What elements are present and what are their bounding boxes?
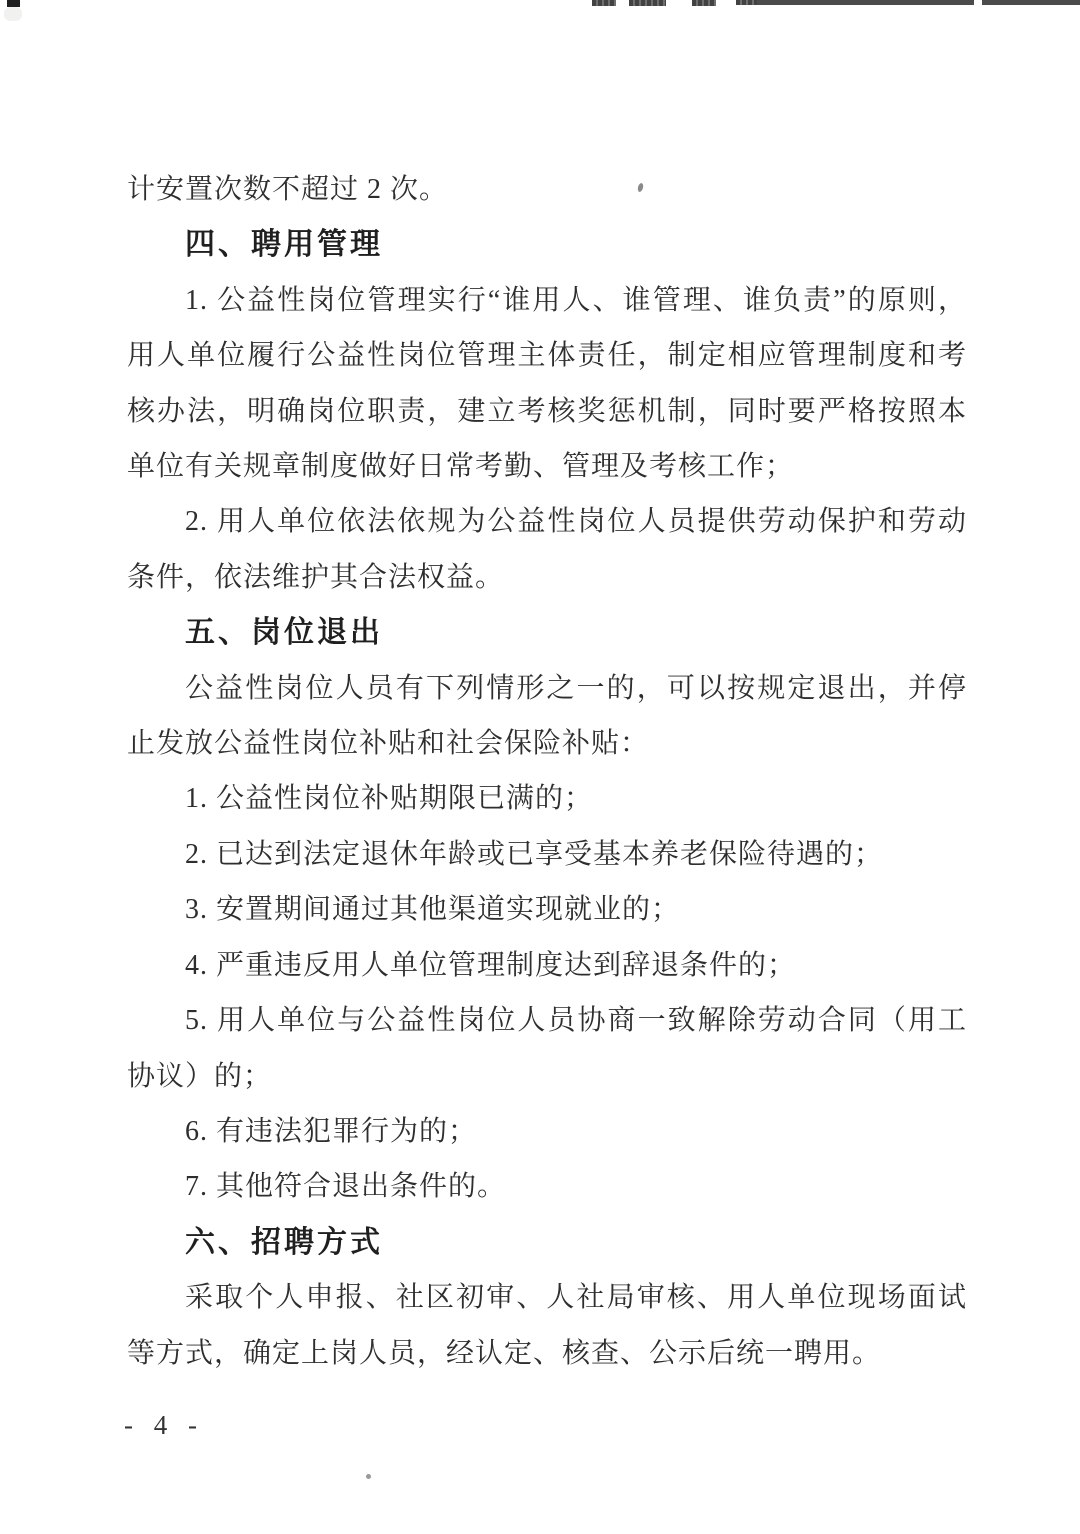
scan-artifact-text-fragment (692, 0, 716, 6)
body-line: 止发放公益性岗位补贴和社会保险补贴： (127, 716, 967, 771)
exit-condition-item: 7. 其他符合退出条件的。 (127, 1159, 967, 1214)
body-line: 单位有关规章制度做好日常考勤、管理及考核工作； (127, 439, 967, 494)
scan-artifact-corner-smudge (4, 7, 22, 21)
exit-condition-item: 4. 严重违反用人单位管理制度达到辞退条件的； (127, 938, 967, 993)
body-line: 等方式，确定上岗人员，经认定、核查、公示后统一聘用。 (127, 1326, 967, 1381)
body-line: 核办法，明确岗位职责，建立考核奖惩机制，同时要严格按照本 (127, 384, 967, 439)
body-line: 2. 用人单位依法依规为公益性岗位人员提供劳动保护和劳动 (127, 494, 967, 549)
body-line: 条件，依法维护其合法权益。 (127, 550, 967, 605)
document-body: 计安置次数不超过 2 次。 四、聘用管理 1. 公益性岗位管理实行“谁用人、谁管… (127, 162, 967, 1381)
section-5-heading: 五、岗位退出 (127, 605, 967, 660)
scan-artifact-corner-mark (7, 0, 20, 7)
section-6-heading: 六、招聘方式 (127, 1215, 967, 1270)
body-line: 协议）的； (127, 1049, 967, 1104)
scan-artifact-top-bar (757, 0, 974, 5)
exit-condition-item: 5. 用人单位与公益性岗位人员协商一致解除劳动合同（用工 (127, 993, 967, 1048)
exit-condition-item: 2. 已达到法定退休年龄或已享受基本养老保险待遇的； (127, 827, 967, 882)
exit-condition-item: 3. 安置期间通过其他渠道实现就业的； (127, 882, 967, 937)
exit-condition-item: 1. 公益性岗位补贴期限已满的； (127, 771, 967, 826)
scan-artifact-speck (366, 1474, 371, 1479)
page-number: - 4 - (124, 1410, 204, 1441)
exit-condition-item: 6. 有违法犯罪行为的； (127, 1104, 967, 1159)
document-page: 计安置次数不超过 2 次。 四、聘用管理 1. 公益性岗位管理实行“谁用人、谁管… (0, 0, 1080, 1534)
body-line: 计安置次数不超过 2 次。 (127, 162, 967, 217)
scan-artifact-text-fragment (629, 0, 666, 6)
body-line: 1. 公益性岗位管理实行“谁用人、谁管理、谁负责”的原则， (127, 273, 967, 328)
body-line: 用人单位履行公益性岗位管理主体责任，制定相应管理制度和考 (127, 328, 967, 383)
scan-artifact-top-bar (982, 0, 1080, 5)
scan-artifact-text-fragment (592, 0, 616, 6)
body-line: 公益性岗位人员有下列情形之一的，可以按规定退出，并停 (127, 661, 967, 716)
body-line: 采取个人申报、社区初审、人社局审核、用人单位现场面试 (127, 1270, 967, 1325)
section-4-heading: 四、聘用管理 (127, 217, 967, 272)
